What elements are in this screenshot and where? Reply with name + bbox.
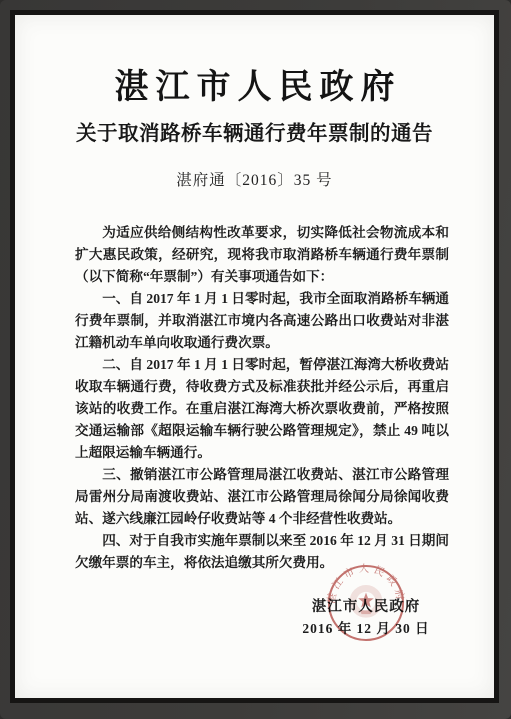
document-page: 湛江市人民政府 关于取消路桥车辆通行费年票制的通告 湛府通〔2016〕35 号 …: [10, 10, 499, 703]
paragraph-intro: 为适应供给侧结构性改革要求，切实降低社会物流成本和扩大惠民政策，经研究，现将我市…: [75, 222, 449, 288]
document-body: 为适应供给侧结构性改革要求，切实降低社会物流成本和扩大惠民政策，经研究，现将我市…: [75, 222, 449, 574]
paragraph-item-4: 四、对于自我市实施年票制以来至 2016 年 12 月 31 日期间欠缴年票的车…: [75, 530, 449, 574]
paragraph-item-1: 一、自 2017 年 1 月 1 日零时起，我市全面取消路桥车辆通行费年票制，并…: [75, 288, 449, 354]
signature-date: 2016 年 12 月 30 日: [246, 618, 486, 640]
document-number: 湛府通〔2016〕35 号: [15, 168, 494, 190]
issuer-title: 湛江市人民政府: [15, 59, 494, 108]
photo-frame: 湛江市人民政府 关于取消路桥车辆通行费年票制的通告 湛府通〔2016〕35 号 …: [0, 0, 511, 719]
paragraph-item-3: 三、撤销湛江市公路管理局湛江收费站、湛江市公路管理局雷州分局南渡收费站、湛江市公…: [75, 464, 449, 530]
signature-block: 湛江市人民政府 2016 年 12 月 30 日: [246, 596, 486, 640]
page-content: 湛江市人民政府 关于取消路桥车辆通行费年票制的通告 湛府通〔2016〕35 号 …: [15, 15, 494, 698]
signature-issuer: 湛江市人民政府: [246, 596, 486, 618]
paragraph-item-2: 二、自 2017 年 1 月 1 日零时起，暂停湛江海湾大桥收费站收取车辆通行费…: [75, 354, 449, 464]
document-title: 关于取消路桥车辆通行费年票制的通告: [15, 116, 494, 146]
